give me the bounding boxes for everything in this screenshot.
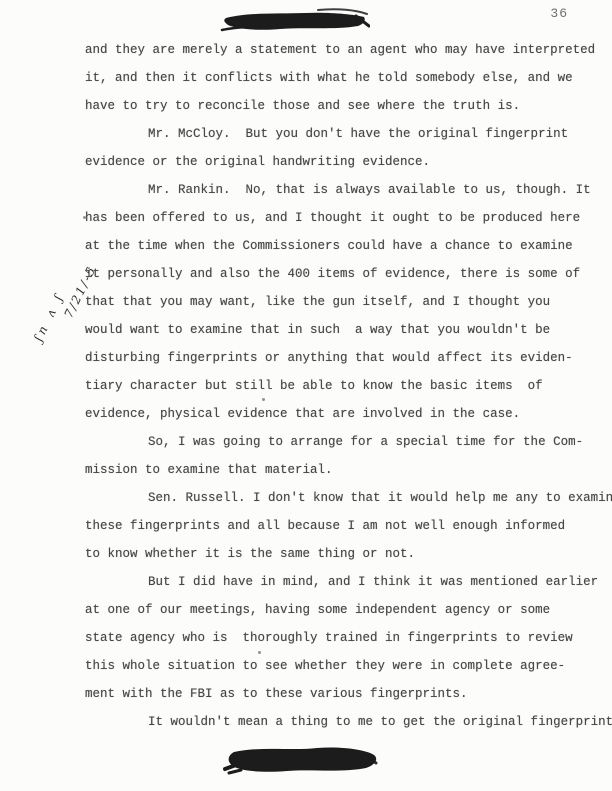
text-line: have to try to reconcile those and see w…: [85, 92, 612, 120]
text-line: tiary character but still be able to kno…: [85, 372, 612, 400]
text-line: at the time when the Commissioners could…: [85, 232, 612, 260]
text-line: to know whether it is the same thing or …: [85, 540, 612, 568]
text-line: has been offered to us, and I thought it…: [85, 204, 612, 232]
text-line: would want to examine that in such a way…: [85, 316, 612, 344]
text-line: state agency who is thoroughly trained i…: [85, 624, 612, 652]
scanned-document-page: 36 and they are merely a statement to an…: [0, 0, 612, 791]
ink-speck: [258, 651, 261, 654]
text-line: at one of our meetings, having some inde…: [85, 596, 612, 624]
text-line: evidence or the original handwriting evi…: [85, 148, 612, 176]
text-line: It wouldn't mean a thing to me to get th…: [85, 708, 612, 736]
redaction-mark-bottom: [222, 743, 380, 775]
document-text: and they are merely a statement to an ag…: [85, 36, 612, 736]
text-line: this whole situation to see whether they…: [85, 652, 612, 680]
text-line: evidence, physical evidence that are inv…: [85, 400, 612, 428]
text-line: ment with the FBI as to these various fi…: [85, 680, 612, 708]
text-line: that that you may want, like the gun its…: [85, 288, 612, 316]
text-line: and they are merely a statement to an ag…: [85, 36, 612, 64]
text-line: it, and then it conflicts with what he t…: [85, 64, 612, 92]
text-line: But I did have in mind, and I think it w…: [85, 568, 612, 596]
text-line: these fingerprints and all because I am …: [85, 512, 612, 540]
text-line: Sen. Russell. I don't know that it would…: [85, 484, 612, 512]
text-line: So, I was going to arrange for a special…: [85, 428, 612, 456]
black-scribble-icon: [220, 5, 370, 35]
text-line: Mr. McCloy. But you don't have the origi…: [85, 120, 612, 148]
ink-speck: [262, 398, 265, 401]
page-number: 36: [550, 6, 568, 21]
ink-speck: [83, 216, 86, 219]
black-scribble-icon: [222, 743, 380, 775]
text-line: it personally and also the 400 items of …: [85, 260, 612, 288]
text-line: disturbing fingerprints or anything that…: [85, 344, 612, 372]
redaction-mark-top: [220, 5, 370, 35]
text-line: mission to examine that material.: [85, 456, 612, 484]
text-line: Mr. Rankin. No, that is always available…: [85, 176, 612, 204]
